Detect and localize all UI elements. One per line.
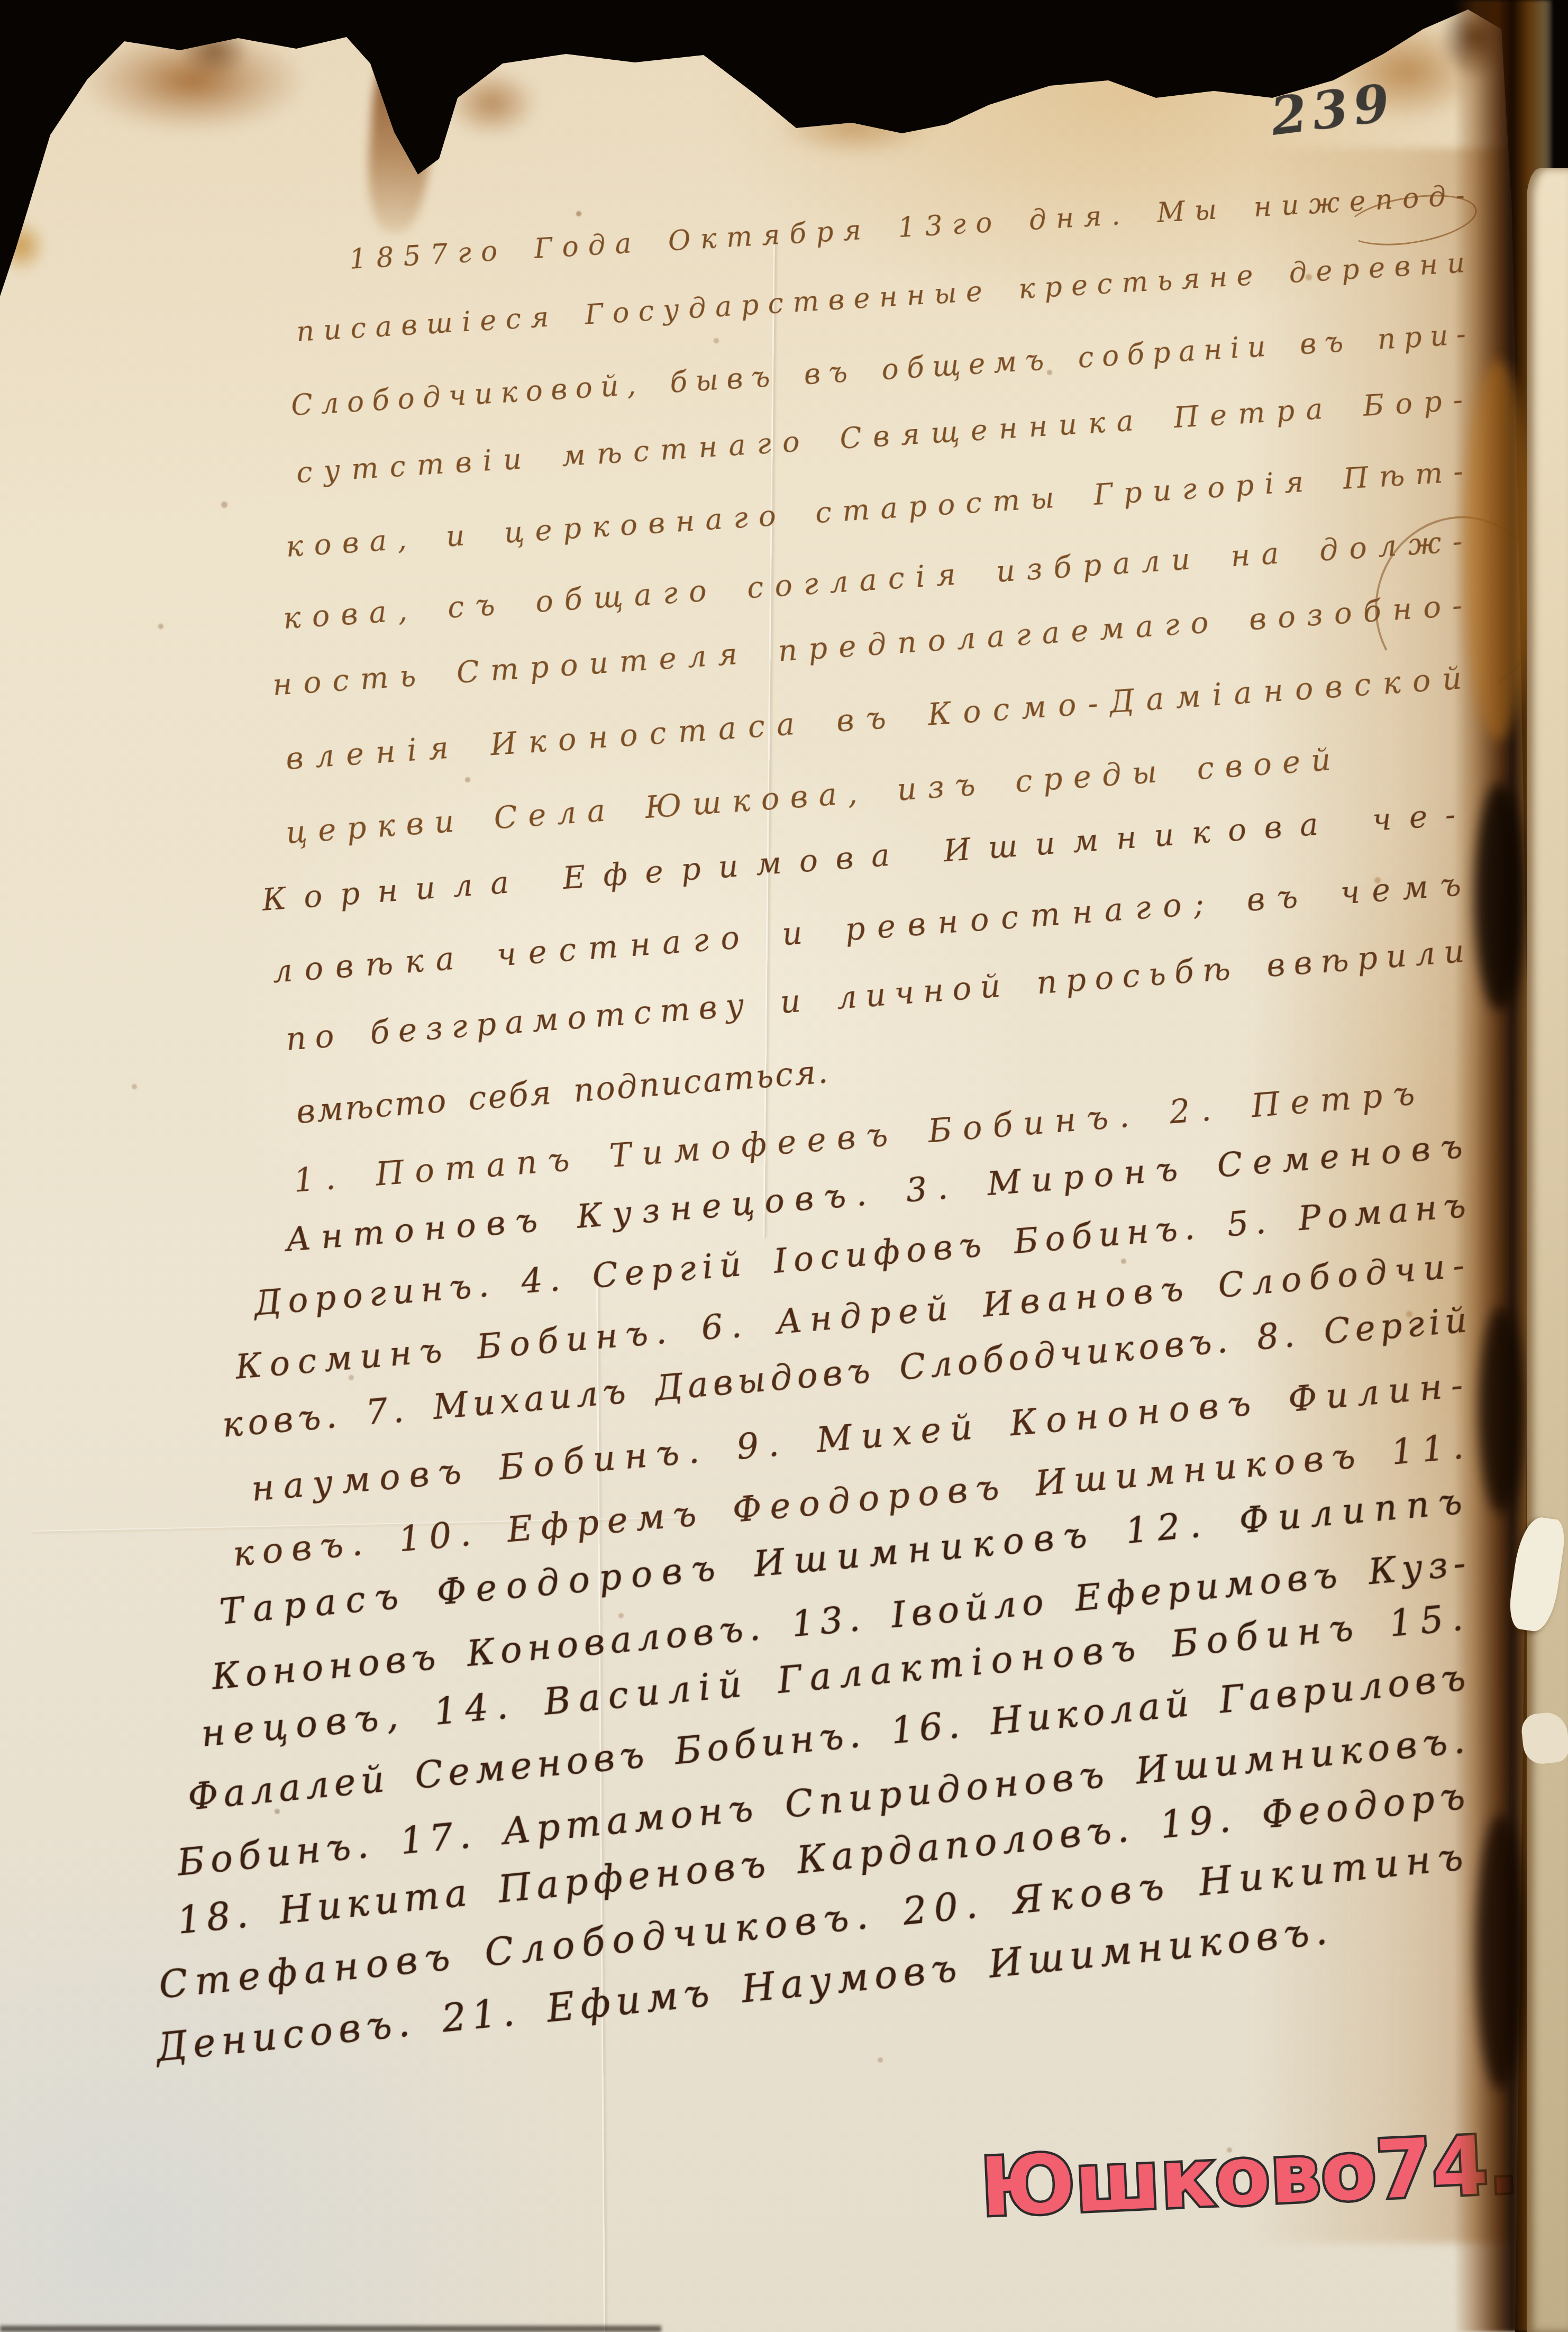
desk-shadow (0, 2326, 661, 2332)
gutter-knot (1475, 783, 1525, 1010)
burn-stain (363, 35, 438, 234)
foxing-specks (0, 0, 4, 4)
adjacent-page-edge (1527, 168, 1568, 2332)
page-number-pencil: 239 (1268, 72, 1398, 148)
gutter-glow (1463, 360, 1532, 741)
manuscript-text: 1857го Года Октября 13го дня. Мы нижепод… (0, 225, 1508, 2075)
gutter-knot (1476, 1815, 1526, 2090)
gutter-knot (1479, 1307, 1524, 1513)
burn-stain (169, 16, 259, 85)
burn-stain (749, 87, 960, 167)
watermark-yushkovo74: Юшково74. (973, 2099, 1534, 2250)
watermark-text: Юшково74. (979, 2117, 1520, 2234)
burn-stain (431, 58, 553, 148)
photo-frame: 239 1857го Года Октября 13го дня. Мы ниж… (0, 0, 1568, 2332)
manuscript-page: 239 1857го Года Октября 13го дня. Мы ниж… (0, 0, 1568, 2332)
